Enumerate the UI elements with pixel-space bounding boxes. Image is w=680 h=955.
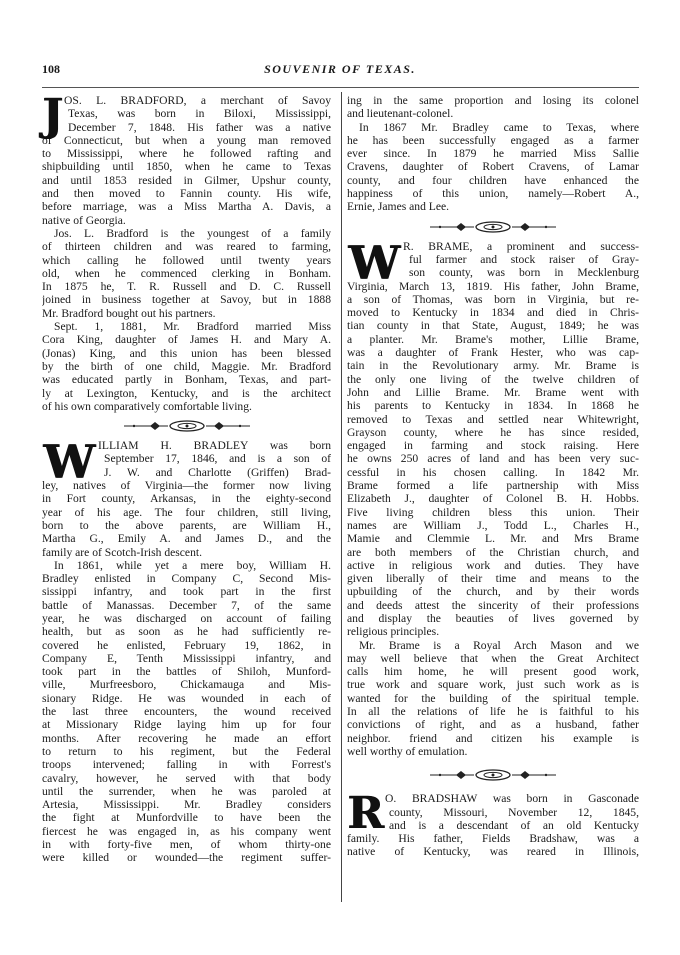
text-line: his parents to Kentucky in 1834. In 1868… — [347, 399, 639, 412]
text-line: In 1875 he, T. R. Russell and D. C. Russ… — [42, 280, 331, 293]
text-line: in with forty-five men, of whom thirty-o… — [42, 838, 331, 851]
brame-entry: W R. BRAME, a prominent and success- ful… — [347, 240, 639, 759]
text-line: removed to Texas and settled near Whitew… — [347, 413, 639, 426]
text-line: old, when he commenced clerking in Bonha… — [42, 267, 331, 280]
text-line: of Connecticut, but when a young man rem… — [42, 134, 331, 147]
text-line: Grayson county, where he has since resid… — [347, 426, 639, 439]
text-line: are both members of the Christian church… — [347, 546, 639, 559]
text-line: given liberally of their time and means … — [347, 572, 639, 585]
text-line: shipbuilding until 1850, when he came to… — [42, 160, 331, 173]
text-line: county, Missouri, November 12, 1845, — [347, 806, 639, 819]
text-line: wanted for the building of the spiritual… — [347, 692, 639, 705]
text-line: In 1867 Mr. Bradley came to Texas, where — [347, 121, 639, 134]
text-line: true work and square work, just such wor… — [347, 678, 639, 691]
text-line: sionary Ridge. He was wounded in each of — [42, 692, 331, 705]
text-line: and then moved to Fannin county. His wif… — [42, 187, 331, 200]
text-line: of his own comparatively comfortable liv… — [42, 400, 331, 413]
text-line: health, but as soon as he had sufficient… — [42, 625, 331, 638]
text-line: neighbor. friend and citizen his example… — [347, 732, 639, 745]
fleuron-divider-icon — [347, 758, 639, 792]
text-line: and display the beauties of lives govern… — [347, 612, 639, 625]
text-line: December 7, 1848. His father was a nativ… — [42, 121, 331, 134]
text-line: battle of Manassas. December 7, of the s… — [42, 599, 331, 612]
text-line: may well believe that when the Great Arc… — [347, 652, 639, 665]
text-line: religious principles. — [347, 625, 639, 638]
text-line: born to the above parents, are William H… — [42, 519, 331, 532]
text-line: the last three encounters, the wound rec… — [42, 705, 331, 718]
text-line: John and Lillie Brame. Mr. Brame went wi… — [347, 386, 639, 399]
text-line: fiercest he was engaged in, as his compa… — [42, 825, 331, 838]
text-line: O. BRADSHAW was born in Gasconade — [347, 792, 639, 805]
text-line: year, he was discharged on account of fa… — [42, 612, 331, 625]
text-line: in Fort county, Arkansas, in the eighty-… — [42, 492, 331, 505]
text-line: native of Georgia. — [42, 214, 331, 227]
dropcap-r: R — [347, 792, 377, 832]
text-line: troops intervened; falling in with Forre… — [42, 758, 331, 771]
text-line: by the birth of one child, Maggie. Mr. B… — [42, 360, 331, 373]
dropcap-j: J — [42, 94, 62, 134]
text-line: Texas, was born in Biloxi, Mississippi, — [42, 107, 331, 120]
text-line: was a daughter of Frank Hester, who was … — [347, 346, 639, 359]
text-line: before marriage, was a Miss Martha A. Da… — [42, 200, 331, 213]
text-line: Cravens, daughter of Robert Cravens, of … — [347, 160, 639, 173]
text-line: covered he enlisted, February 19, 1862, … — [42, 639, 331, 652]
text-line: and deeds attest the sincerity of their … — [347, 599, 639, 612]
text-line: at Missionary Ridge laying him up for fo… — [42, 718, 331, 731]
text-line: joined in business together at Savoy, bu… — [42, 293, 331, 306]
bradley-entry: W ILLIAM H. BRADLEY was born September 1… — [42, 439, 331, 865]
text-line: Company E, Tenth Mississippi infantry, a… — [42, 652, 331, 665]
text-line: Sept. 1, 1881, Mr. Bradford married Miss — [42, 320, 331, 333]
text-line: Elizabeth J., daughter of Colonel B. H. … — [347, 492, 639, 505]
text-line: he has been successfully engaged as a fa… — [347, 134, 639, 147]
text-line: months. After recovering he made an effo… — [42, 732, 331, 745]
text-line: Martha G., Emily A. and James D., and th… — [42, 532, 331, 545]
running-title: SOUVENIR OF TEXAS. — [0, 62, 680, 77]
text-line: Five living children bless this union. T… — [347, 506, 639, 519]
text-line: Mamie and Clemmie L. Mr. and Mrs Brame — [347, 532, 639, 545]
text-line: In 1861, while yet a mere boy, William H… — [42, 559, 331, 572]
dropcap-w: W — [42, 439, 96, 479]
text-line: In all the relations of life he is faith… — [347, 705, 639, 718]
bradley-continued: ing in the same proportion and losing it… — [347, 94, 639, 214]
text-line: and until 1853 resided in Gilmer, Upshur… — [42, 174, 331, 187]
text-line: tian county in that State, August, 1849;… — [347, 319, 639, 332]
bradford-entry: J OS. L. BRADFORD, a merchant of Savoy T… — [42, 94, 331, 413]
text-line: family. His father, Fields Bradshaw, was… — [347, 832, 639, 845]
text-line: engaged in farming and stock raising. He… — [347, 439, 639, 452]
text-line: ing in the same proportion and losing it… — [347, 94, 639, 107]
text-line: and is a descendant of an old Kentucky — [347, 819, 639, 832]
text-line: well worthy of emulation. — [347, 745, 639, 758]
dropcap-w: W — [347, 240, 401, 280]
text-line: of thirteen children and was reared to f… — [42, 240, 331, 253]
text-line: names are William J., Todd L., Charles H… — [347, 519, 639, 532]
text-line: until the surrender, when he was paroled… — [42, 785, 331, 798]
text-line: he owns 250 acres of land and has been v… — [347, 452, 639, 465]
text-line: happiness of this union, namely—Robert A… — [347, 187, 639, 200]
text-line: Ernie, James and Lee. — [347, 200, 639, 213]
text-line: Artesia, Mississippi. Mr. Bradley consid… — [42, 798, 331, 811]
text-line: county, and four children have enhanced … — [347, 174, 639, 187]
text-line: Jos. L. Bradford is the youngest of a fa… — [42, 227, 331, 240]
text-line: tain in the Revolutionary army. Mr. Bram… — [347, 359, 639, 372]
text-line: cessful in his chosen calling. In 1842 M… — [347, 466, 639, 479]
text-line: OS. L. BRADFORD, a merchant of Savoy — [42, 94, 331, 107]
right-column: ing in the same proportion and losing it… — [347, 94, 639, 859]
text-line: family are of Scotch-Irish descent. — [42, 546, 331, 559]
text-line: to return to his regiment, but the Feder… — [42, 745, 331, 758]
text-line: Brame formed a life partnership with Mis… — [347, 479, 639, 492]
text-line: Mr. Bradford bought out his partners. — [42, 307, 331, 320]
text-line: moved to Kentucky in 1834 and died in Ch… — [347, 306, 639, 319]
text-line: which calling he followed until twenty y… — [42, 254, 331, 267]
text-line: was educated partly in Bonham, Texas, an… — [42, 373, 331, 386]
text-line: calls him home, he will present good wor… — [347, 665, 639, 678]
text-line: a planter. Mr. Brame's mother, Lillie Br… — [347, 333, 639, 346]
text-line: were killed or wounded—the regiment suff… — [42, 851, 331, 864]
text-line: active in religious work and duties. The… — [347, 559, 639, 572]
text-line: cavalry, however, he served with that bo… — [42, 772, 331, 785]
text-line: Mr. Brame is a Royal Arch Mason and we — [347, 639, 639, 652]
header-rule — [42, 87, 639, 88]
text-line: native of Kentucky, was reared in Illino… — [347, 845, 639, 858]
left-column: J OS. L. BRADFORD, a merchant of Savoy T… — [42, 94, 331, 865]
text-line: took part in the battles of Shiloh, Munf… — [42, 665, 331, 678]
text-line: ever since. In 1879 he married Miss Sall… — [347, 147, 639, 160]
text-line: the fight at Munfordville to have been t… — [42, 811, 331, 824]
text-line: ville, Murfreesboro, Chickamauga and Mis… — [42, 678, 331, 691]
text-line: the only one living of the twelve childr… — [347, 373, 639, 386]
text-line: ly at Lexington, Kentucky, and is the ar… — [42, 387, 331, 400]
text-line: and lieutenant-colonel. — [347, 107, 639, 120]
text-line: upbuilding of the church, and by their w… — [347, 585, 639, 598]
text-line: Cora King, daughter of James H. and Mary… — [42, 333, 331, 346]
text-line: convictions of right, and as a husband, … — [347, 718, 639, 731]
text-line: to Mississippi, where he followed raftin… — [42, 147, 331, 160]
text-line: a son of Thomas, was born in Virginia, b… — [347, 293, 639, 306]
text-line: year of his age. The four children, stil… — [42, 506, 331, 519]
text-line: sissippi infantry, and took part in the … — [42, 585, 331, 598]
column-divider — [341, 92, 342, 902]
bradshaw-entry: R O. BRADSHAW was born in Gasconade coun… — [347, 792, 639, 858]
text-line: Bradley enlisted in Company C, Second Mi… — [42, 572, 331, 585]
text-line: (Jonas) King, and this union has been bl… — [42, 347, 331, 360]
